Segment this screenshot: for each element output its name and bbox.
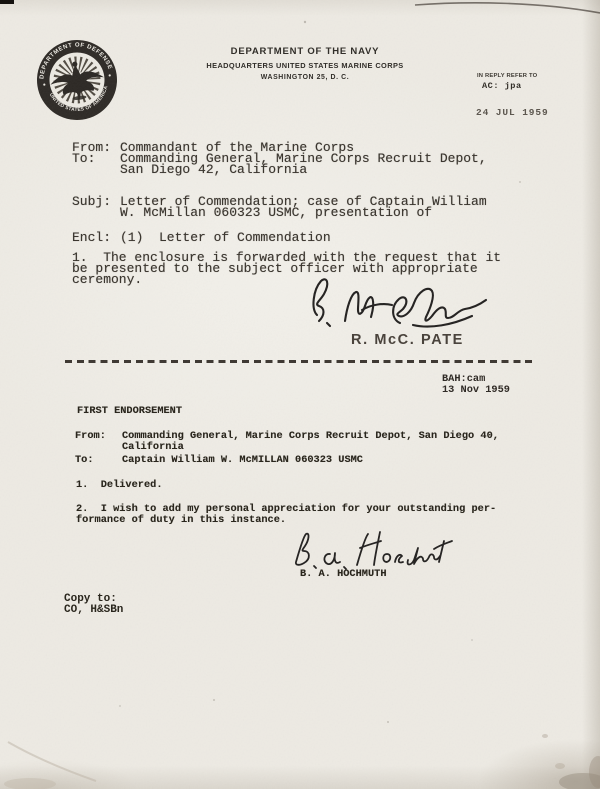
hochmuth-typed-name: B. A. HOCHMUTH: [300, 568, 387, 580]
dashed-separator-line: [65, 360, 534, 363]
endorsement-paragraph-2: 2. I wish to add my personal appreciatio…: [76, 504, 526, 527]
to-value-line2: San Diego 42, California: [120, 162, 307, 177]
letterhead-headquarters: HEADQUARTERS UNITED STATES MARINE CORPS: [155, 61, 455, 70]
letterhead-department: DEPARTMENT OF THE NAVY: [155, 46, 455, 57]
subject-label: Subj:: [72, 194, 111, 209]
copy-to-value: CO, H&SBn: [64, 605, 123, 616]
endorsement-to-label: To:: [75, 454, 94, 466]
department-of-defense-seal: DEPARTMENT OF DEFENSE UNITED STATES OF A…: [36, 39, 118, 121]
paper-curl-line-top-right: [415, 3, 600, 13]
subject-line2: W. McMillan 060323 USMC, presentation of: [120, 205, 432, 220]
scan-edge-mark-top-left: [0, 0, 14, 4]
pate-signature-scrawl: [300, 268, 500, 334]
reply-refer-code: AC: jpa: [482, 81, 522, 91]
letterhead-city: WASHINGTON 25, D. C.: [155, 74, 455, 81]
endorsement-from-line2: California: [122, 441, 184, 453]
hochmuth-signature-scrawl: [283, 527, 455, 574]
received-date-stamp: 24 JUL 1959: [476, 107, 549, 118]
endorsement-from-label: From:: [75, 430, 106, 442]
endorsement-paragraph-1: 1. Delivered.: [76, 480, 526, 491]
scanned-letter-page: DEPARTMENT OF DEFENSE UNITED STATES OF A…: [0, 0, 600, 789]
pate-typed-name: R. McC. PATE: [351, 332, 464, 348]
enclosure-value: (1) Letter of Commendation: [120, 230, 331, 245]
endorsement-title: FIRST ENDORSEMENT: [77, 405, 182, 417]
reply-refer-label: IN REPLY REFER TO: [477, 73, 537, 79]
crease-bottom-left: [8, 742, 96, 781]
to-label: To:: [72, 151, 95, 166]
endorsement-date: 13 Nov 1959: [442, 384, 510, 396]
endorsement-to-value: Captain William W. McMILLAN 060323 USMC: [122, 454, 363, 466]
enclosure-label: Encl:: [72, 230, 111, 245]
